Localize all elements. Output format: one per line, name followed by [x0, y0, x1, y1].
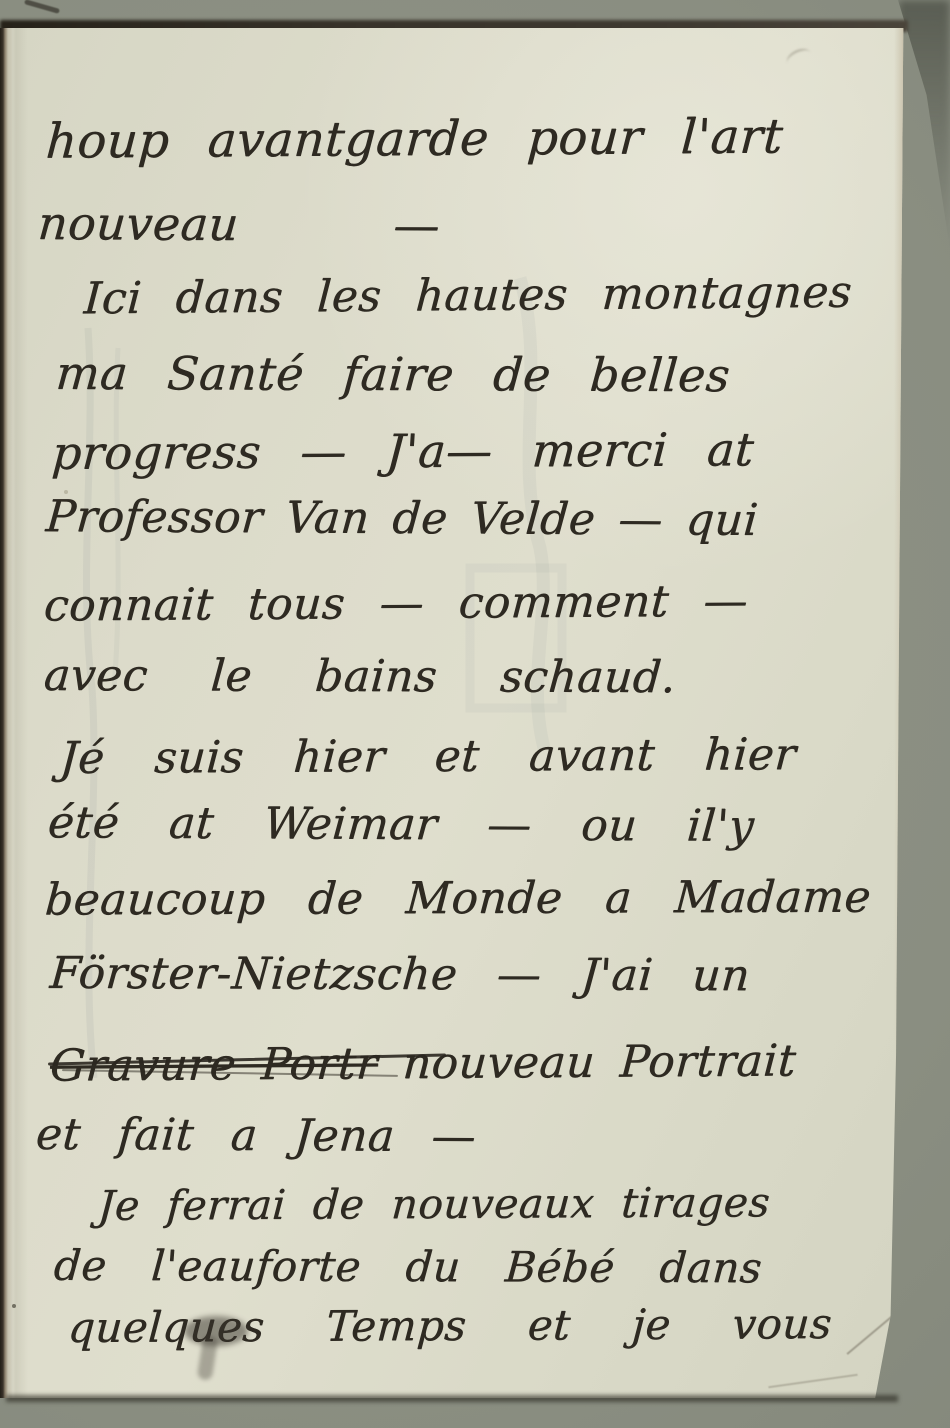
paper-fold-edge [0, 28, 28, 1398]
handwriting-line-4: ma Santé faire de belles [54, 347, 732, 402]
handwriting-line-12: Förster-Nietzsche — J'ai un [48, 949, 752, 1002]
handwriting-line-9: Jé suis hier et avant hier [58, 730, 797, 784]
paper-speck [64, 490, 68, 494]
paper-speck [12, 1304, 16, 1308]
handwriting-line-6: Professor Van de Velde — qui [44, 492, 760, 546]
handwriting-line-17: quelques Temps et je vous [66, 1300, 833, 1352]
handwriting-line-2: nouveau — [36, 197, 442, 252]
crossed-out-words: Gravure Portr [48, 1038, 379, 1091]
paper-bottom-shadow [6, 1395, 898, 1402]
handwriting-line-11: beaucoup de Monde a Madame [43, 873, 872, 926]
letter-paper: houp avantgarde pour l'art nouveau — Ici… [0, 28, 906, 1398]
handwriting-line-8: avec le bains schaud. [42, 651, 678, 704]
handwriting-line-15: Je ferrai de nouveaux tirages [96, 1179, 771, 1230]
corner-crease-2 [768, 1374, 857, 1389]
handwriting-line-14: et fait a Jena — [34, 1110, 478, 1163]
handwriting-line-3: Ici dans les hautes montagnes [82, 268, 853, 325]
handwriting-line-10: été at Weimar — ou il'y [46, 798, 756, 852]
handwriting-line-5: progress — J'a— merci at [50, 423, 755, 480]
handwriting-line-1: houp avantgarde pour l'art [44, 109, 784, 169]
paper-dent-mark [784, 45, 814, 70]
handwriting-line-13: Gravure Portr nouveau Portrait [48, 1036, 797, 1092]
handwriting-line-13-text: nouveau Portrait [401, 1035, 797, 1089]
handwriting-line-16: de l'eauforte du Bébé dans [52, 1242, 764, 1293]
handwriting-line-7: connait tous — comment — [42, 577, 749, 633]
